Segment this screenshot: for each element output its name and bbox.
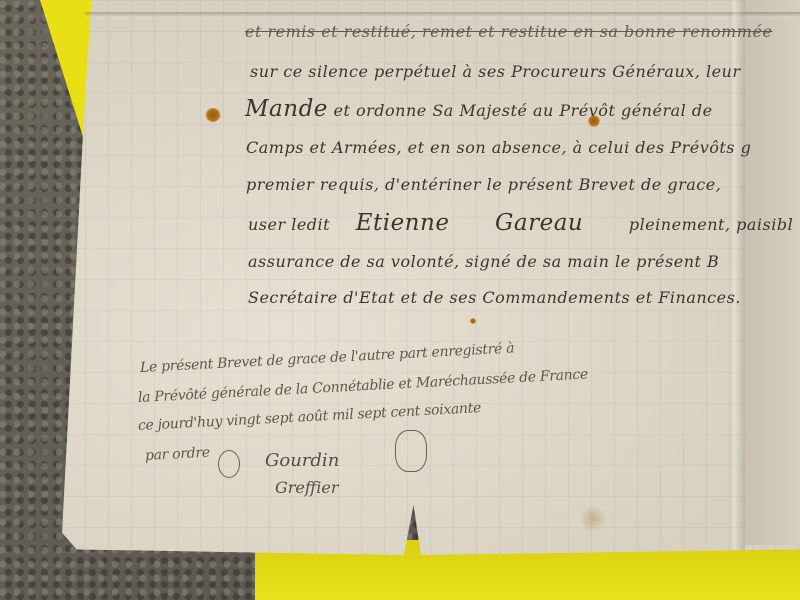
body-line-3-text: et ordonne Sa Majesté au Prévôt général …: [334, 101, 713, 120]
fold-crease-right: [733, 0, 745, 550]
ink-stain: [205, 108, 221, 122]
body-line-5: premier requis, d'entériner le présent B…: [246, 175, 721, 194]
parchment-document: [62, 0, 800, 555]
annotation-line-4: par ordre: [145, 445, 211, 464]
fold-crease-top: [85, 12, 800, 18]
ink-stain: [470, 318, 476, 324]
water-stain: [580, 505, 606, 533]
mande-initial: Mande: [245, 96, 328, 122]
signature-title: Greffier: [275, 478, 338, 497]
signature-name: Gourdin: [265, 450, 339, 471]
body-line-7: assurance de sa volonté, signé de sa mai…: [248, 252, 719, 271]
body-line-8: Secrétaire d'Etat et de ses Commandement…: [248, 288, 741, 307]
name-given: Etienne: [356, 210, 450, 236]
folded-flap: [745, 0, 800, 545]
paraph-flourish: [395, 430, 427, 472]
body-line-6: user ledit Etienne Gareau pleinement, pa…: [248, 210, 793, 236]
body-line-6-start: user ledit: [248, 215, 330, 234]
body-line-3: Mande et ordonne Sa Majesté au Prévôt gé…: [245, 96, 713, 122]
name-family: Gareau: [495, 210, 583, 236]
body-line-1: et remis et restitué, remet et restitue …: [245, 22, 772, 41]
body-line-6-end: pleinement, paisibl: [629, 215, 793, 234]
body-line-4: Camps et Armées, et en son absence, à ce…: [246, 138, 751, 157]
signature-flourish: [218, 450, 240, 478]
body-line-2: sur ce silence perpétuel à ses Procureur…: [250, 62, 741, 81]
